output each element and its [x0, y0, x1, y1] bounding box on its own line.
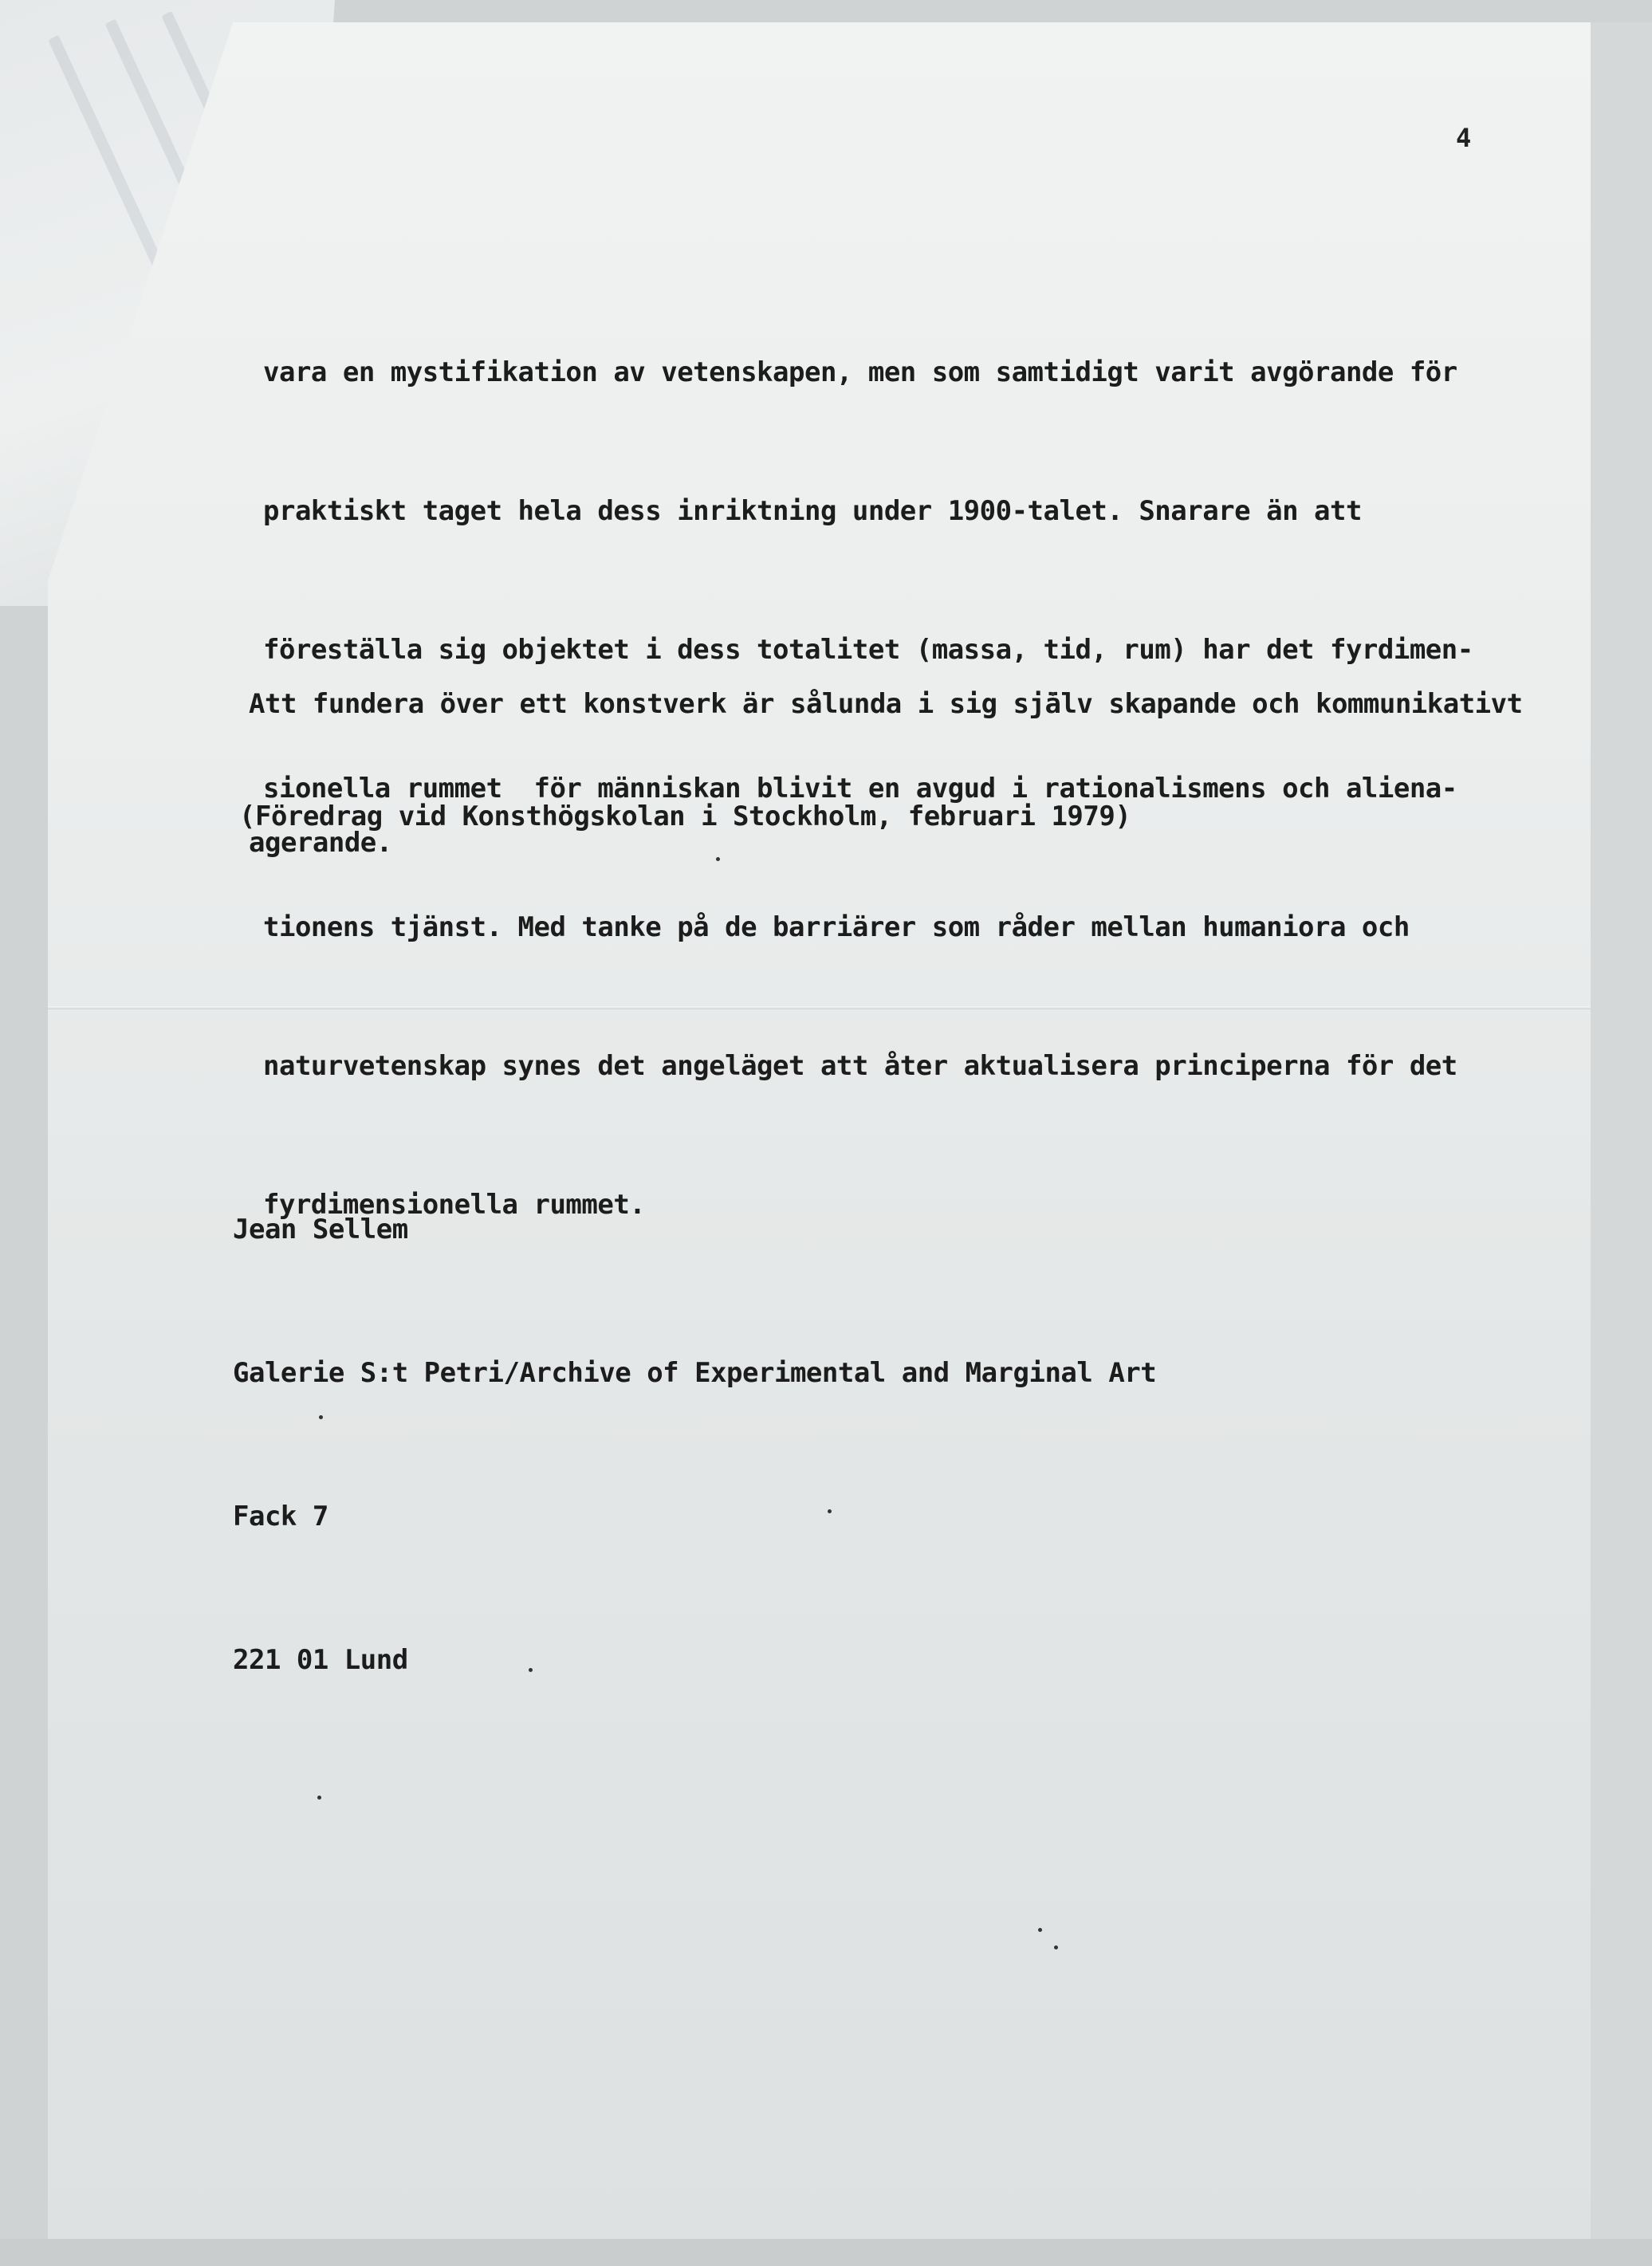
- paper-speck: [1038, 1928, 1042, 1932]
- paper-speck: [319, 1415, 323, 1419]
- paper-speck: [716, 857, 720, 861]
- text-line: praktiskt taget hela dess inriktning und…: [263, 488, 1473, 534]
- paper-speck: [1054, 1945, 1058, 1949]
- text-line: vara en mystifikation av vetenskapen, me…: [263, 349, 1473, 395]
- text-line: naturvetenskap synes det angeläget att å…: [263, 1043, 1473, 1089]
- organization: Galerie S:t Petri/Archive of Experimenta…: [233, 1349, 1156, 1397]
- background-strip: [0, 2239, 1652, 2266]
- author-address-block: Jean Sellem Galerie S:t Petri/Archive of…: [233, 1110, 1156, 1732]
- paper-speck: [529, 1668, 533, 1672]
- lecture-citation: (Föredrag vid Konsthögskolan i Stockholm…: [239, 793, 1131, 840]
- page-number: 4: [1456, 123, 1471, 153]
- paper-speck: [1051, 692, 1055, 696]
- postal-box: Fack 7: [233, 1493, 1156, 1540]
- body-paragraph-2: Att fundera över ett konstverk är sålund…: [249, 588, 1523, 912]
- author-name: Jean Sellem: [233, 1206, 1156, 1253]
- text-line: Att fundera över ett konstverk är sålund…: [249, 681, 1523, 727]
- paper-speck: [317, 1796, 321, 1800]
- paper-speck: [828, 1509, 832, 1513]
- postal-code-city: 221 01 Lund: [233, 1636, 1156, 1684]
